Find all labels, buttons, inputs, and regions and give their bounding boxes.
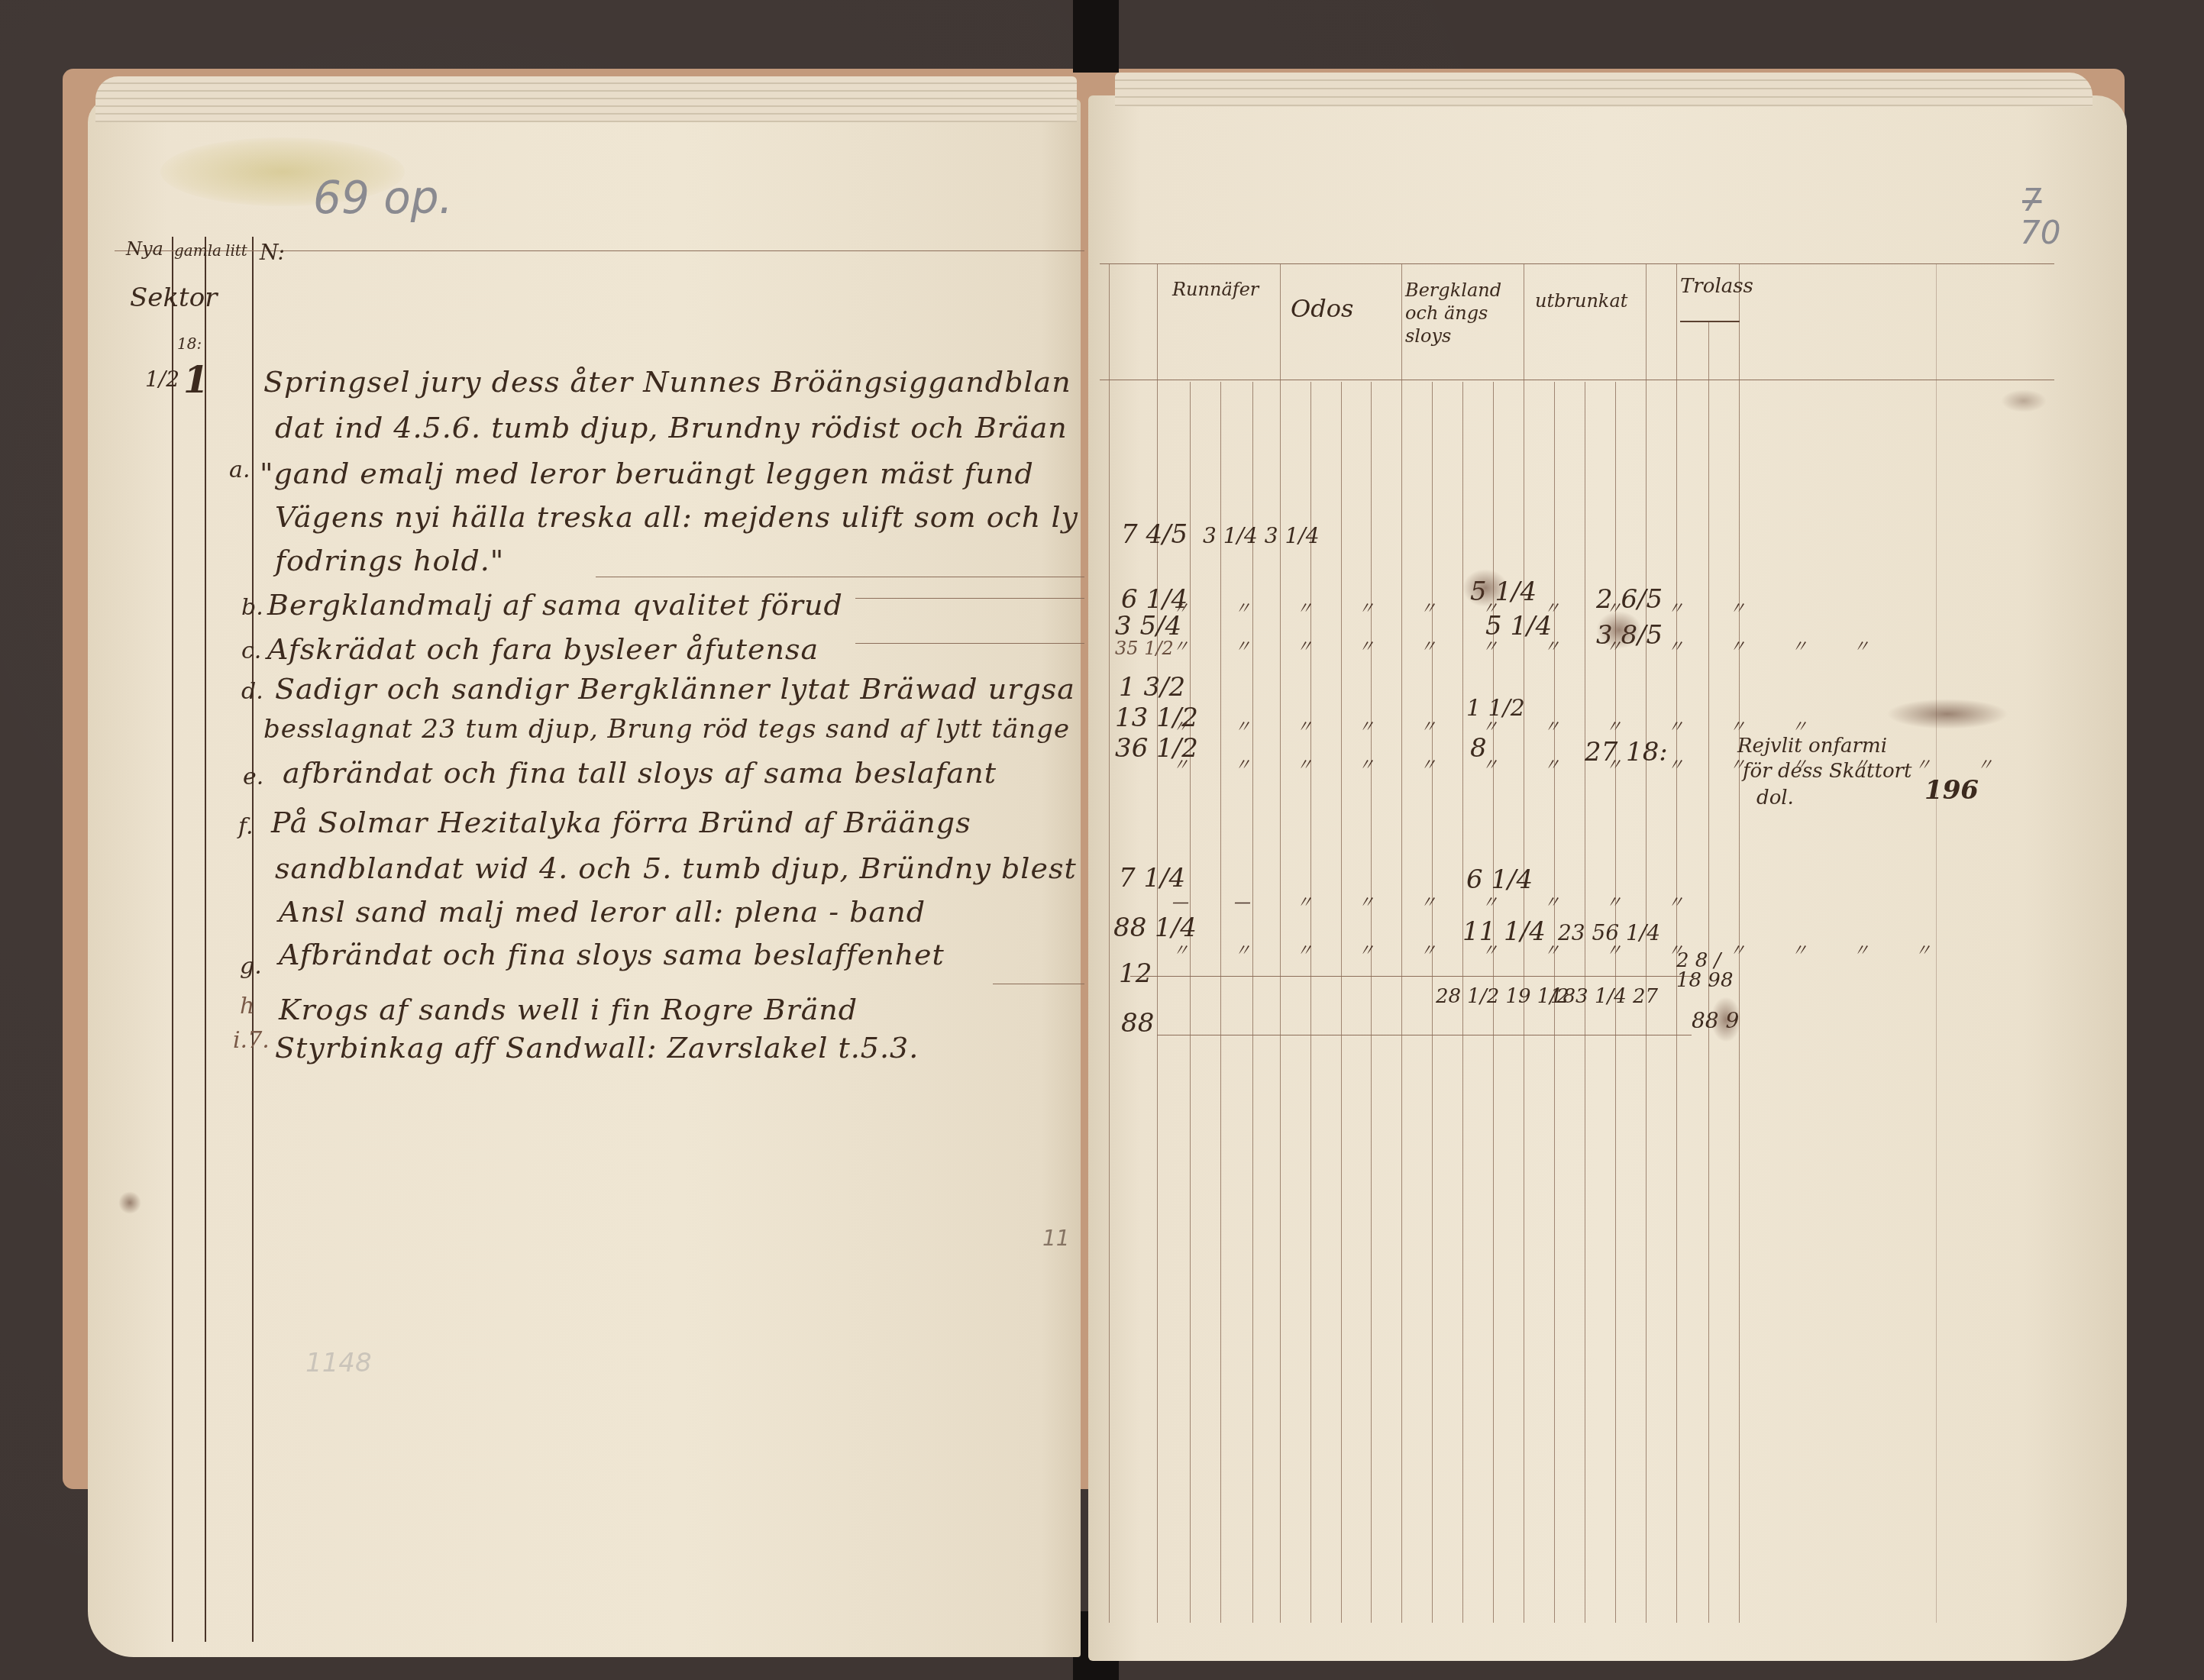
row-ref-half: 1/2 (145, 367, 179, 392)
margin-letter-f: f. (238, 813, 254, 840)
margin-letter-c: c. (241, 638, 261, 664)
spine-gap-top (1073, 0, 1119, 73)
header-bergkland: Bergkland och ängs sloys (1405, 279, 1520, 347)
value-cell: 28 1/2 19 1/2 (1436, 985, 1569, 1008)
margin-letter-g: g. (240, 953, 262, 980)
entry-line: fodrings hold." (275, 544, 504, 577)
entry-line: Ansl sand malj med leror all: plena - ba… (279, 895, 926, 929)
ditto-marks: 〃 〃 〃 〃 〃 〃 〃 〃 〃 〃 〃 〃 (1172, 634, 1889, 657)
ditto-marks: — — 〃 〃 〃 〃 〃 〃 〃 (1172, 890, 1704, 913)
entry-line: På Solmar Hezitalyka förra Bründ af Brää… (271, 806, 971, 839)
entry-line: Bergklandmalj af sama qvalitet förud (267, 588, 843, 622)
value-cell: 3 1/4 3 1/4 (1203, 523, 1319, 548)
entry-underline (596, 577, 1084, 577)
side-note-number: 196 (1924, 775, 1979, 806)
entry-line: sandblandat wid 4. och 5. tumb djup, Brü… (275, 851, 1077, 885)
header-gamla: gamla (174, 241, 221, 260)
row-ref-one: 1 (183, 359, 208, 402)
entry-line: Vägens nyi hälla treska all: mejdens uli… (275, 500, 1078, 534)
margin-letter-i: i.7. (233, 1027, 270, 1054)
margin-letter-a: a. (229, 457, 250, 483)
entry-line: besslagnat 23 tum djup, Brung röd tegs s… (263, 714, 1070, 745)
header-utbrunkat: utbrunkat (1535, 290, 1627, 312)
col-rule (1310, 382, 1311, 1623)
value-cell: 7 1/4 (1119, 863, 1185, 893)
header-odos: Odos (1291, 294, 1353, 323)
bleedthrough-number: 1148 (305, 1348, 372, 1378)
entry-line: Afskrädat och fara bysleer åfutensa (267, 632, 819, 666)
value-cell: 88 (1121, 1008, 1154, 1039)
ink-blot (1462, 569, 1508, 607)
entry-line: afbrändat och fina tall sloys af sama be… (283, 756, 997, 790)
entry-underline (993, 984, 1084, 984)
ink-blot (2001, 389, 2047, 412)
margin-letter-e: e. (243, 764, 263, 790)
value-cell: 12 (1119, 958, 1152, 989)
col-rule (1157, 263, 1158, 1623)
ink-smear (1886, 699, 2008, 729)
entry-line: Springsel jury dess åter Nunnes Bröängsi… (263, 365, 1071, 399)
header-number: N: (260, 240, 285, 265)
value-cell: 7 4/5 (1121, 519, 1188, 550)
entry-line: Krogs af sands well i fin Rogre Bränd (279, 993, 858, 1026)
col-rule (1432, 382, 1433, 1623)
right-page-stack-edge (1115, 73, 2093, 107)
col-rule (1341, 382, 1342, 1623)
subtotal-rule (1130, 976, 1695, 977)
total-rule (1157, 1035, 1692, 1035)
row-ref-18: 18: (177, 334, 202, 353)
col-rule (1220, 382, 1221, 1623)
side-note-line: Rejvlit onfarmi (1737, 735, 1887, 758)
bleedthrough-mark: 11 (1042, 1226, 1070, 1251)
ink-blot (118, 1191, 141, 1214)
margin-letter-b: b. (241, 594, 263, 621)
col-rule (1109, 263, 1110, 1623)
header-sektor: Sektor (130, 283, 217, 313)
left-col-rule-1 (172, 237, 173, 1642)
right-header-bottom-rule (1100, 380, 2054, 380)
ditto-marks: 〃 〃 〃 〃 〃 〃 〃 〃 〃 〃 〃 (1172, 714, 1828, 738)
header-nya: Nya (126, 238, 163, 260)
left-page-stack-edge (95, 76, 1077, 122)
left-folio-number: 69 op. (313, 172, 453, 224)
entry-line: Styrbinkag aff Sandwall: Zavrslakel t.5.… (275, 1031, 919, 1065)
value-cell: 183 1/4 27 (1550, 985, 1658, 1008)
entry-underline (855, 598, 1084, 599)
margin-letter-h: h (240, 993, 254, 1019)
col-rule (1190, 382, 1191, 1623)
col-rule (1371, 382, 1372, 1623)
entry-line: "gand emalj med leror beruängt leggen mä… (260, 457, 1034, 490)
value-cell: 1 3/2 (1119, 672, 1185, 703)
header-trolass: Trolass (1680, 275, 1753, 298)
left-col-rule-3 (252, 237, 254, 1642)
ink-blot (1711, 997, 1741, 1042)
header-runnafer: Runnäfer (1172, 279, 1259, 300)
right-header-top-rule (1100, 263, 2054, 264)
side-note-line: för dess Skattort (1743, 760, 1912, 783)
ditto-marks: 〃 〃 〃 〃 〃 〃 〃 〃 〃 〃 〃 〃 〃 (1172, 938, 1951, 961)
side-note-line: dol. (1756, 787, 1794, 809)
left-col-rule-2 (205, 237, 206, 1642)
right-page (1088, 95, 2127, 1661)
col-rule (1252, 382, 1253, 1623)
margin-letter-d: d. (241, 678, 263, 705)
entry-line: Sadigr och sandigr Bergklänner lytat Brä… (275, 672, 1075, 706)
ink-blot (1596, 611, 1642, 649)
entry-line: Afbrändat och fina sloys sama beslaffenh… (279, 938, 945, 971)
entry-underline (855, 643, 1084, 644)
value-cell: 35 1/2 (1115, 638, 1174, 659)
header-litt: litt (225, 241, 247, 260)
entry-line: dat ind 4.5.6. tumb djup, Brundny rödist… (275, 411, 1068, 444)
right-folio-number: 70 (2020, 214, 2060, 251)
trolass-underline (1680, 321, 1740, 322)
